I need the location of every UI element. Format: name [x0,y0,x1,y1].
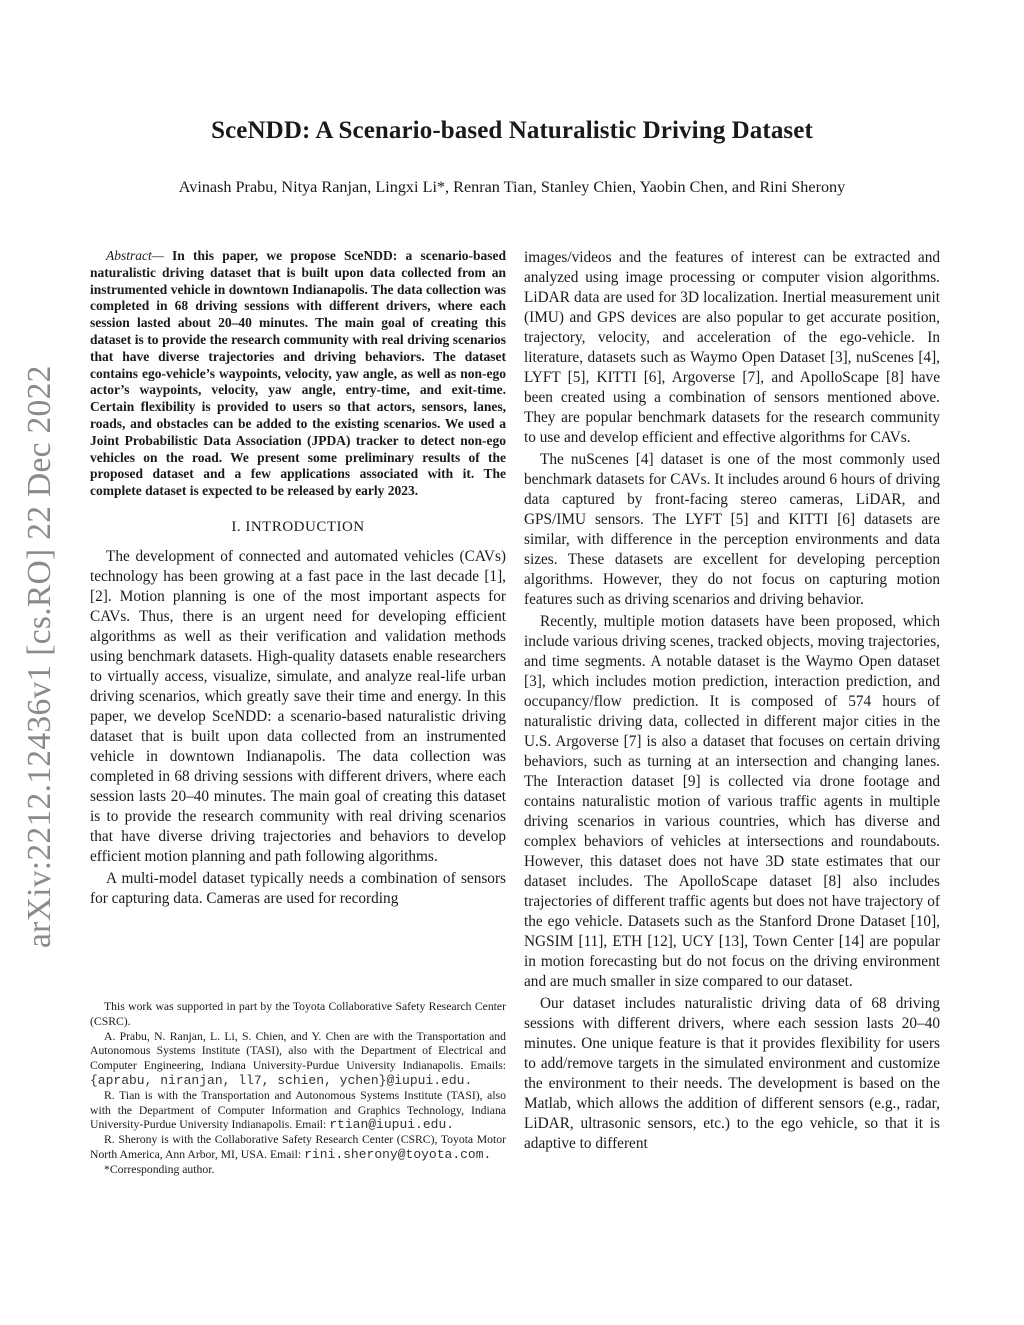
footnotes: This work was supported in part by the T… [90,1000,506,1178]
footnote-affiliation-3: R. Sherony is with the Collaborative Saf… [90,1133,506,1163]
email-link[interactable]: {aprabu, niranjan, ll7, schien, ychen}@i… [90,1073,472,1088]
body-paragraph: A multi-model dataset typically needs a … [90,869,506,909]
body-paragraph: images/videos and the features of intere… [524,248,940,448]
abstract-text: In this paper, we propose SceNDD: a scen… [90,248,506,498]
affiliation-text: A. Prabu, N. Ranjan, L. Li, S. Chien, an… [90,1030,506,1073]
arxiv-stamp: arXiv:2212.12436v1 [cs.RO] 22 Dec 2022 [21,365,59,948]
paper-title: SceNDD: A Scenario-based Naturalistic Dr… [0,117,1024,145]
footnote-affiliation-1: A. Prabu, N. Ranjan, L. Li, S. Chien, an… [90,1030,506,1089]
abstract-label: Abstract— [106,248,164,263]
right-column: images/videos and the features of intere… [524,248,940,1156]
footnote-support: This work was supported in part by the T… [90,1000,506,1030]
author-list: Avinash Prabu, Nitya Ranjan, Lingxi Li*,… [0,178,1024,197]
footnote-affiliation-2: R. Tian is with the Transportation and A… [90,1089,506,1133]
abstract: Abstract— In this paper, we propose SceN… [90,248,506,500]
section-heading-introduction: I. INTRODUCTION [90,517,506,537]
body-paragraph: Our dataset includes naturalistic drivin… [524,994,940,1154]
body-paragraph: The nuScenes [4] dataset is one of the m… [524,450,940,610]
footnote-corresponding: *Corresponding author. [90,1163,506,1178]
body-paragraph: The development of connected and automat… [90,547,506,867]
email-link[interactable]: rtian@iupui.edu. [329,1117,454,1132]
body-paragraph: Recently, multiple motion datasets have … [524,612,940,992]
email-link[interactable]: rini.sherony@toyota.com. [304,1147,491,1162]
left-column: Abstract— In this paper, we propose SceN… [90,248,506,911]
